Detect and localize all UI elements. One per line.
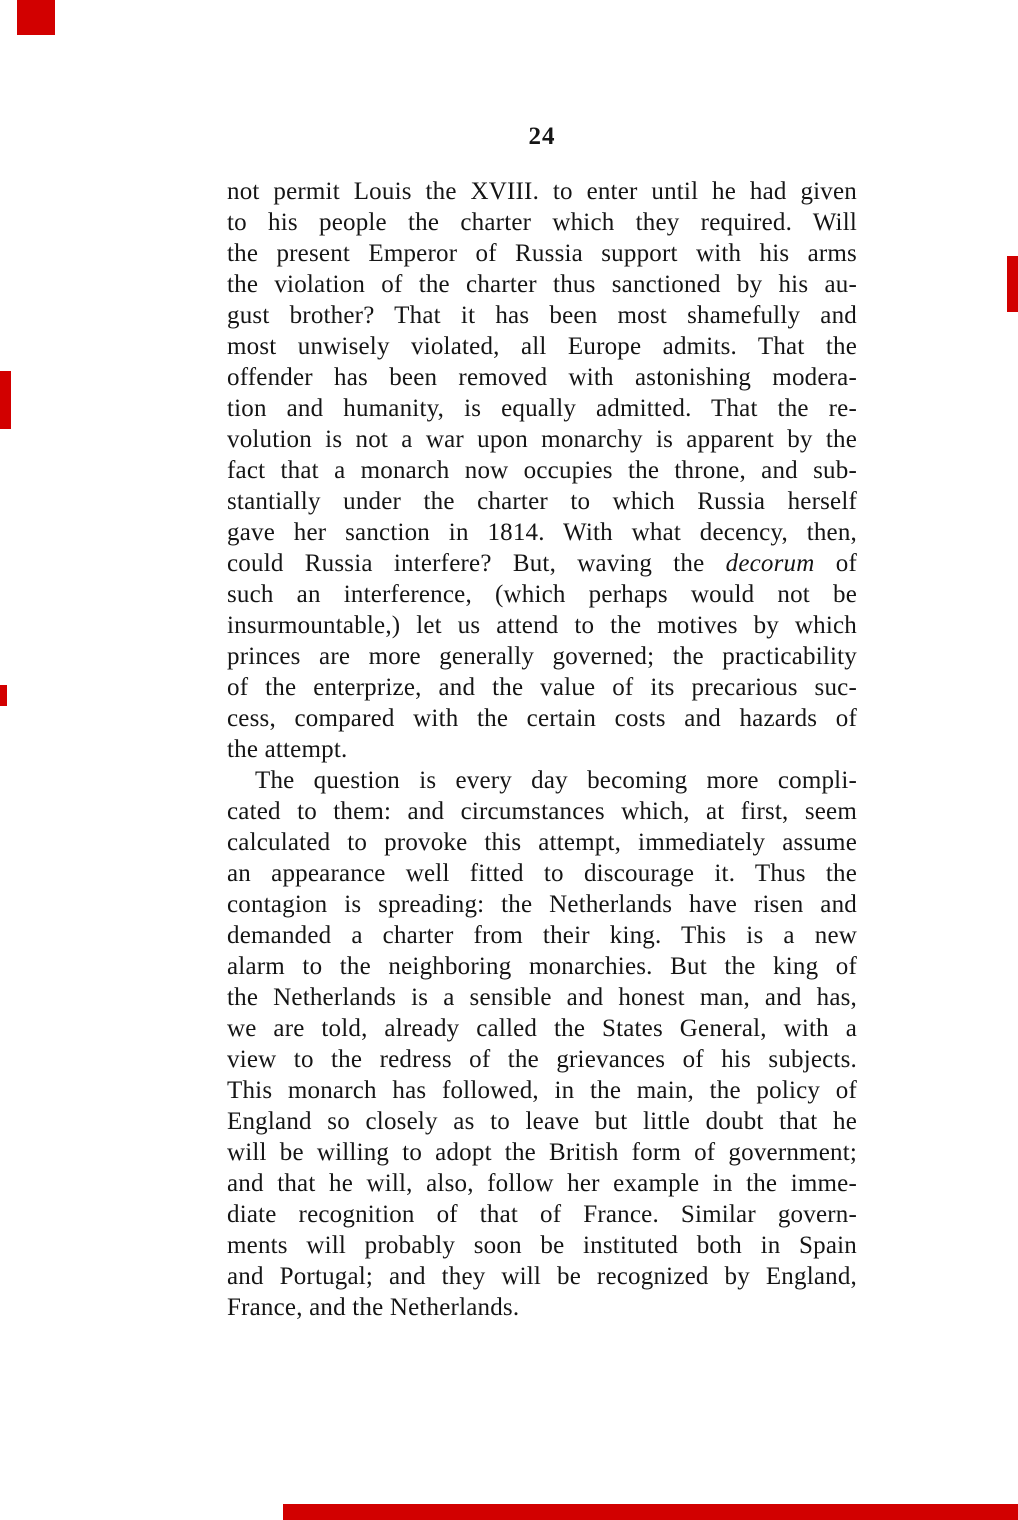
body-text: The question is every day becoming more …: [255, 767, 857, 794]
text-line: stantially under the charter to which Ru…: [227, 486, 857, 517]
page-number: 24: [228, 123, 856, 151]
text-line: This monarch has followed, in the main, …: [227, 1075, 857, 1106]
body-text: of the enterprize, and the value of its …: [227, 674, 857, 701]
text-line: gust brother? That it has been most sham…: [227, 300, 857, 331]
text-line: we are told, already called the States G…: [227, 1013, 857, 1044]
scanned-book-page: 24 not permit Louis the XVIII. to enter …: [0, 0, 1018, 1520]
body-text: fact that a monarch now occupies the thr…: [227, 457, 857, 484]
body-text: we are told, already called the States G…: [227, 1015, 857, 1042]
body-text: contagion is spreading: the Netherlands …: [227, 891, 857, 918]
text-line: an appearance well fitted to discourage …: [227, 858, 857, 889]
text-line: contagion is spreading: the Netherlands …: [227, 889, 857, 920]
body-text: alarm to the neighboring monarchies. But…: [227, 953, 857, 980]
text-line: fact that a monarch now occupies the thr…: [227, 455, 857, 486]
body-text: an appearance well fitted to discourage …: [227, 860, 857, 887]
scan-mark-left-upper: [0, 371, 11, 429]
text-line: and Portugal; and they will be recognize…: [227, 1261, 857, 1292]
body-text: gave her sanction in 1814. With what dec…: [227, 519, 857, 546]
text-line: cess, compared with the certain costs an…: [227, 703, 857, 734]
text-line: the attempt.: [227, 734, 857, 765]
text-line: insurmountable,) let us attend to the mo…: [227, 610, 857, 641]
body-text: insurmountable,) let us attend to the mo…: [227, 612, 857, 639]
body-text: the attempt.: [227, 736, 347, 763]
text-line: France, and the Netherlands.: [227, 1292, 857, 1323]
body-text: view to the redress of the grievances of…: [227, 1046, 857, 1073]
body-text: France, and the Netherlands.: [227, 1294, 519, 1321]
body-text: the violation of the charter thus sancti…: [227, 271, 857, 298]
scan-mark-left-lower: [0, 685, 7, 706]
body-text: cess, compared with the certain costs an…: [227, 705, 857, 732]
text-line: gave her sanction in 1814. With what dec…: [227, 517, 857, 548]
text-line: and that he will, also, follow her examp…: [227, 1168, 857, 1199]
body-text: to his people the charter which they req…: [227, 209, 857, 236]
text-line: most unwisely violated, all Europe admit…: [227, 331, 857, 362]
body-text: tion and humanity, is equally admitted. …: [227, 395, 857, 422]
text-line: demanded a charter from their king. This…: [227, 920, 857, 951]
text-line: calculated to provoke this attempt, imme…: [227, 827, 857, 858]
italic-text: decorum: [726, 550, 815, 577]
body-text: such an interference, (which perhaps wou…: [227, 581, 857, 608]
body-text: gust brother? That it has been most sham…: [227, 302, 857, 329]
text-block: not permit Louis the XVIII. to enter unt…: [227, 176, 857, 1323]
text-line: The question is every day becoming more …: [227, 765, 857, 796]
body-text: volution is not a war upon monarchy is a…: [227, 426, 857, 453]
text-line: volution is not a war upon monarchy is a…: [227, 424, 857, 455]
scan-mark-top-left: [17, 0, 55, 35]
body-text: diate recognition of that of France. Sim…: [227, 1201, 857, 1228]
text-line: tion and humanity, is equally admitted. …: [227, 393, 857, 424]
text-line: of the enterprize, and the value of its …: [227, 672, 857, 703]
text-line: princes are more generally governed; the…: [227, 641, 857, 672]
text-line: alarm to the neighboring monarchies. But…: [227, 951, 857, 982]
body-text: princes are more generally governed; the…: [227, 643, 857, 670]
body-text: and that he will, also, follow her examp…: [227, 1170, 857, 1197]
body-text: could Russia interfere? But, waving the: [227, 550, 726, 577]
body-text: will be willing to adopt the British for…: [227, 1139, 857, 1166]
body-text: demanded a charter from their king. This…: [227, 922, 857, 949]
text-line: such an interference, (which perhaps wou…: [227, 579, 857, 610]
text-line: offender has been removed with astonishi…: [227, 362, 857, 393]
text-line: the Netherlands is a sensible and honest…: [227, 982, 857, 1013]
body-text: most unwisely violated, all Europe admit…: [227, 333, 857, 360]
text-line: will be willing to adopt the British for…: [227, 1137, 857, 1168]
body-text: cated to them: and circumstances which, …: [227, 798, 857, 825]
body-text: offender has been removed with astonishi…: [227, 364, 857, 391]
body-text: ments will probably soon be instituted b…: [227, 1232, 857, 1259]
body-text: the present Emperor of Russia support wi…: [227, 240, 857, 267]
text-line: not permit Louis the XVIII. to enter unt…: [227, 176, 857, 207]
text-line: diate recognition of that of France. Sim…: [227, 1199, 857, 1230]
body-text: not permit Louis the XVIII. to enter unt…: [227, 178, 857, 205]
body-text: England so closely as to leave but littl…: [227, 1108, 857, 1135]
scan-mark-right-edge: [1007, 256, 1018, 312]
body-text: calculated to provoke this attempt, imme…: [227, 829, 857, 856]
scan-mark-bottom-bar: [283, 1504, 1018, 1520]
body-text: the Netherlands is a sensible and honest…: [227, 984, 857, 1011]
text-line: England so closely as to leave but littl…: [227, 1106, 857, 1137]
text-line: to his people the charter which they req…: [227, 207, 857, 238]
text-line: could Russia interfere? But, waving the …: [227, 548, 857, 579]
body-text: stantially under the charter to which Ru…: [227, 488, 857, 515]
body-text: of: [815, 550, 857, 577]
text-line: cated to them: and circumstances which, …: [227, 796, 857, 827]
body-text: and Portugal; and they will be recognize…: [227, 1263, 857, 1290]
body-text: This monarch has followed, in the main, …: [227, 1077, 857, 1104]
text-line: ments will probably soon be instituted b…: [227, 1230, 857, 1261]
text-line: the present Emperor of Russia support wi…: [227, 238, 857, 269]
text-line: the violation of the charter thus sancti…: [227, 269, 857, 300]
text-line: view to the redress of the grievances of…: [227, 1044, 857, 1075]
